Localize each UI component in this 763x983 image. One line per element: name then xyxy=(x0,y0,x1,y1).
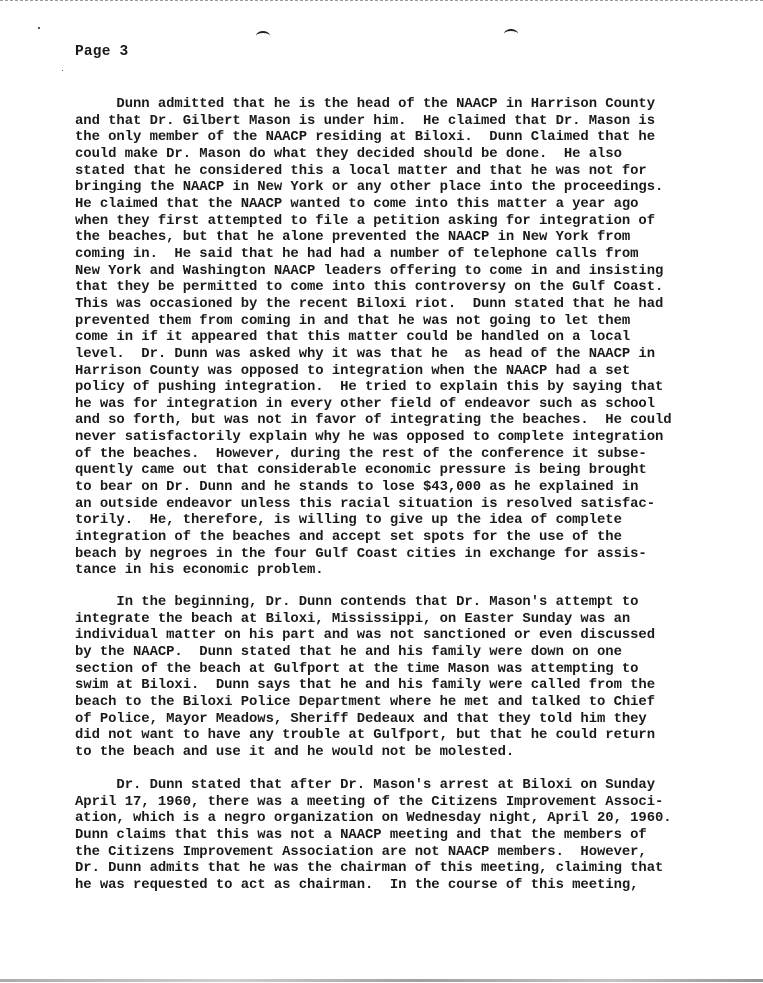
text-line: the only member of the NAACP residing at… xyxy=(75,129,755,146)
text-line: he was for integration in every other fi… xyxy=(75,396,755,413)
text-line: In the beginning, Dr. Dunn contends that… xyxy=(75,594,755,611)
text-line: Dr. Dunn stated that after Dr. Mason's a… xyxy=(75,777,755,794)
text-line: to bear on Dr. Dunn and he stands to los… xyxy=(75,479,755,496)
text-line: Dunn admitted that he is the head of the… xyxy=(75,96,755,113)
text-line: Harrison County was opposed to integrati… xyxy=(75,363,755,380)
text-line: an outside endeavor unless this racial s… xyxy=(75,496,755,513)
text-line: when they first attempted to file a peti… xyxy=(75,213,755,230)
scan-speck xyxy=(38,27,40,29)
punch-hole-mark-right xyxy=(504,29,518,39)
paragraph-3: Dr. Dunn stated that after Dr. Mason's a… xyxy=(75,777,755,894)
paragraph-1: Dunn admitted that he is the head of the… xyxy=(75,96,755,579)
text-line: never satisfactorily explain why he was … xyxy=(75,429,755,446)
text-line: integrate the beach at Biloxi, Mississip… xyxy=(75,611,755,628)
text-line: New York and Washington NAACP leaders of… xyxy=(75,263,755,280)
text-line: tance in his economic problem. xyxy=(75,562,755,579)
text-line: to the beach and use it and he would not… xyxy=(75,744,755,761)
text-line: the Citizens Improvement Association are… xyxy=(75,844,755,861)
text-line: prevented them from coming in and that h… xyxy=(75,313,755,330)
text-line: ation, which is a negro organization on … xyxy=(75,810,755,827)
text-line: integration of the beaches and accept se… xyxy=(75,529,755,546)
scan-speck xyxy=(62,70,63,71)
text-line: He claimed that the NAACP wanted to come… xyxy=(75,196,755,213)
text-line: beach to the Biloxi Police Department wh… xyxy=(75,694,755,711)
text-line: he was requested to act as chairman. In … xyxy=(75,877,755,894)
text-line: stated that he considered this a local m… xyxy=(75,163,755,180)
page-top-edge xyxy=(0,0,763,1)
text-line: coming in. He said that he had had a num… xyxy=(75,246,755,263)
text-line: section of the beach at Gulfport at the … xyxy=(75,661,755,678)
text-line: Dr. Dunn admits that he was the chairman… xyxy=(75,860,755,877)
text-line: torily. He, therefore, is willing to giv… xyxy=(75,512,755,529)
text-line: the beaches, but that he alone prevented… xyxy=(75,229,755,246)
text-line: and so forth, but was not in favor of in… xyxy=(75,412,755,429)
page-number: Page 3 xyxy=(75,44,128,60)
text-line: and that Dr. Gilbert Mason is under him.… xyxy=(75,113,755,130)
text-line: This was occasioned by the recent Biloxi… xyxy=(75,296,755,313)
text-line: policy of pushing integration. He tried … xyxy=(75,379,755,396)
text-line: of the beaches. However, during the rest… xyxy=(75,446,755,463)
text-line: beach by negroes in the four Gulf Coast … xyxy=(75,546,755,563)
text-line: April 17, 1960, there was a meeting of t… xyxy=(75,794,755,811)
text-line: come in if it appeared that this matter … xyxy=(75,329,755,346)
text-line: swim at Biloxi. Dunn says that he and hi… xyxy=(75,677,755,694)
paragraph-2: In the beginning, Dr. Dunn contends that… xyxy=(75,594,755,761)
text-line: quently came out that considerable econo… xyxy=(75,462,755,479)
text-line: level. Dr. Dunn was asked why it was tha… xyxy=(75,346,755,363)
text-line: that they be permitted to come into this… xyxy=(75,279,755,296)
text-line: Dunn claims that this was not a NAACP me… xyxy=(75,827,755,844)
text-line: by the NAACP. Dunn stated that he and hi… xyxy=(75,644,755,661)
punch-hole-mark-left xyxy=(256,31,270,41)
text-line: could make Dr. Mason do what they decide… xyxy=(75,146,755,163)
page-bottom-edge xyxy=(0,979,763,982)
text-line: did not want to have any trouble at Gulf… xyxy=(75,727,755,744)
text-line: individual matter on his part and was no… xyxy=(75,627,755,644)
text-line: bringing the NAACP in New York or any ot… xyxy=(75,179,755,196)
text-line: of Police, Mayor Meadows, Sheriff Dedeau… xyxy=(75,711,755,728)
